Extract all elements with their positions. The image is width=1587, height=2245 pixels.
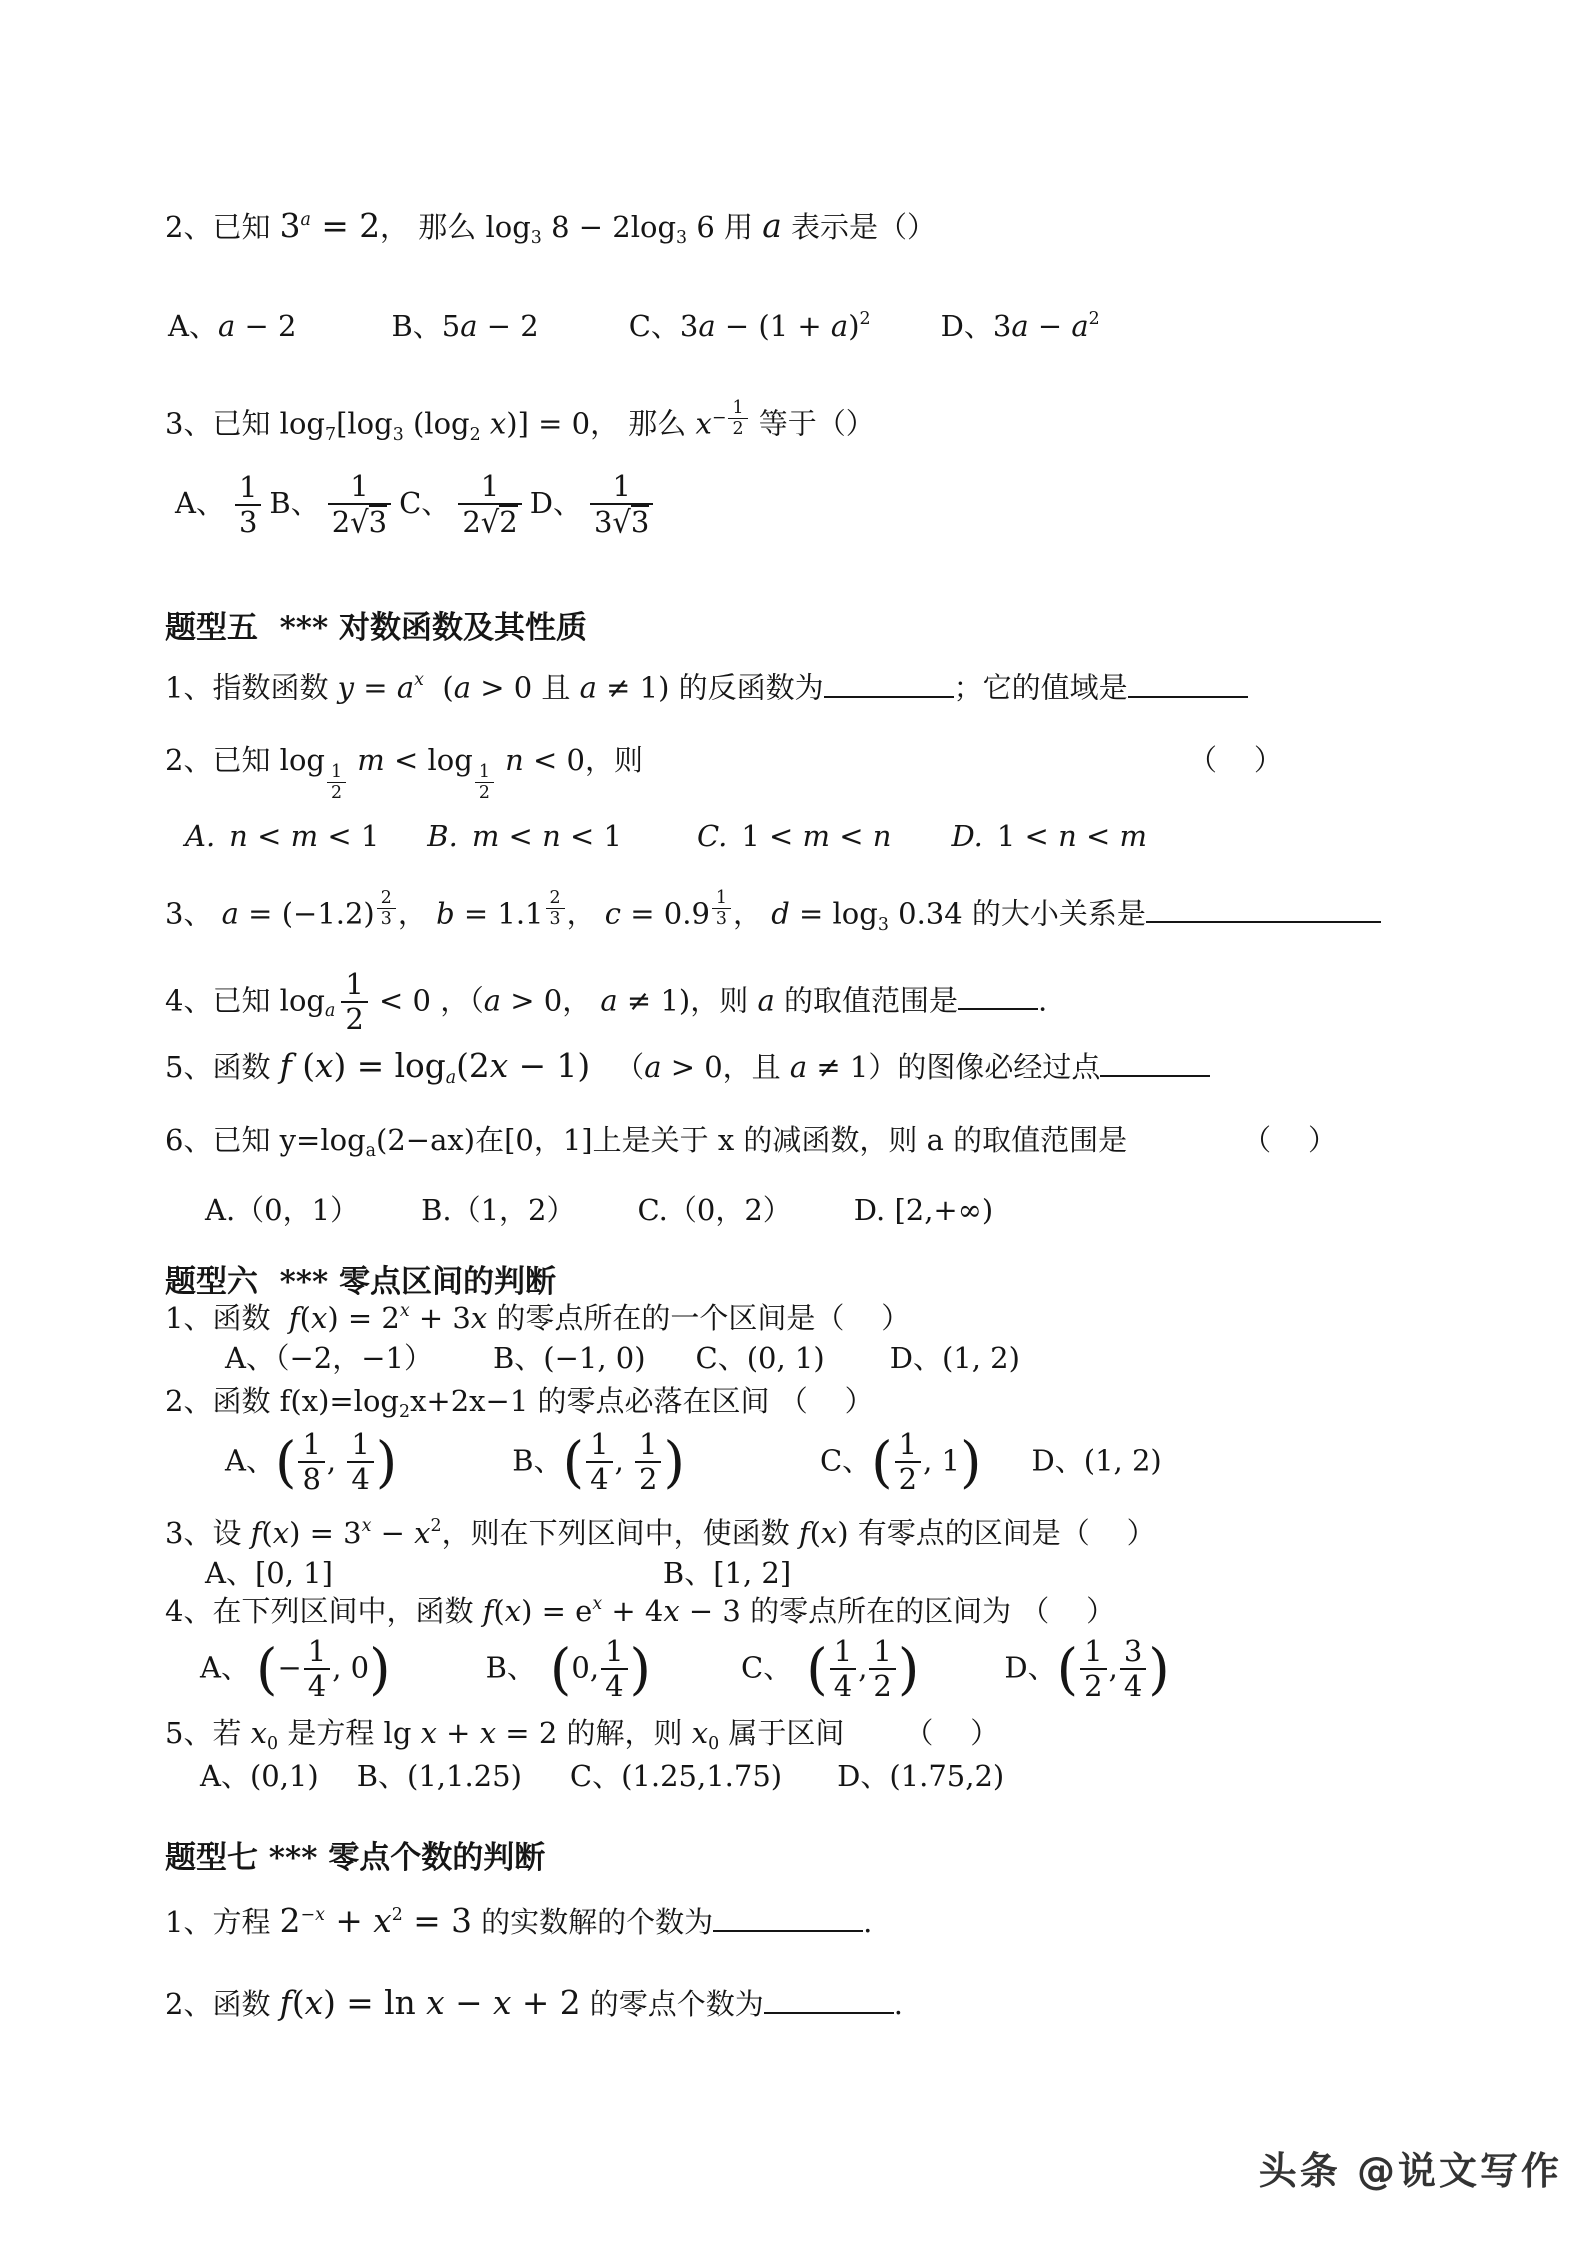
text-run: （ ） (1242, 1123, 1337, 1157)
t5-q5: 5、函数 f (x) = loga(2x − 1)（a > 0，且 a ≠ 1）… (165, 1045, 1210, 1088)
text-run: x (273, 1516, 289, 1550)
text-run: A、 (168, 309, 218, 343)
t6-q1-stem: 1、函数 f(x) = 2x + 3x 的零点所在的一个区间是（ ） (165, 1300, 910, 1338)
text-run: 1 (345, 967, 363, 1001)
text-run: < (830, 819, 873, 853)
text-run: 1 (302, 1427, 320, 1461)
text-run: 3、 (165, 896, 222, 930)
subscript: 0 (267, 1736, 278, 1753)
text-run: 等于（） (750, 406, 875, 440)
t6-q3-stem: 3、设 f(x) = 3x − x2，则在下列区间中，使函数 f(x) 有零点的… (165, 1515, 1156, 1553)
text-run: C、 (570, 1759, 621, 1793)
text-run: + (437, 1716, 480, 1750)
subscript: 0 (708, 1736, 719, 1753)
fraction: 12 (325, 762, 348, 803)
text-run: C、 (696, 1341, 747, 1375)
text-run: a (325, 1001, 335, 1021)
text-run: m (472, 819, 500, 853)
text-run: 2 (479, 783, 490, 803)
paren: ) (663, 1442, 685, 1483)
radical: √2 (481, 505, 518, 539)
text-run: 的零点必落在区间 （ ） (528, 1384, 873, 1418)
text-run: [1, 2] (713, 1556, 791, 1590)
paren: ( (563, 1442, 585, 1483)
text-run: , (327, 1443, 345, 1477)
text-run: c (605, 896, 621, 930)
text-run: + 4 (602, 1594, 663, 1628)
text-run: = 1.1 (455, 896, 544, 930)
text-run: x (421, 1716, 437, 1750)
text-run: 2、函数 (165, 1384, 280, 1418)
text-run: (0, 1) (747, 1341, 825, 1375)
text-run: (2−ax) (376, 1123, 475, 1157)
text-run: > 0 (501, 983, 562, 1017)
radical: √3 (350, 505, 387, 539)
text-run: ， 那么 (380, 210, 485, 244)
fraction: 12 (473, 762, 496, 803)
text-run: 3、已知 (165, 406, 280, 440)
t6-q5-stem: 5、若 x0 是方程 lg x + x = 2 的解，则 x0 属于区间（ ） (165, 1715, 999, 1753)
text-run: = 2 (311, 207, 380, 245)
text-run: 2 (732, 419, 743, 439)
text-run: ≠ 1) (597, 671, 679, 705)
text-run: ， (562, 983, 600, 1017)
text-run: 2 (1089, 309, 1100, 329)
text-run: b (436, 896, 455, 930)
text-run: B、 (357, 1759, 407, 1793)
text-run: 2 (860, 309, 871, 329)
text-run: , (615, 1443, 633, 1477)
text-run: , (858, 1650, 867, 1684)
text-run: (1, 2) (1084, 1443, 1162, 1477)
text-run: ；它的值域是 (954, 671, 1128, 705)
text-run: a (484, 983, 501, 1017)
text-run: 的取值范围是 (775, 983, 958, 1017)
text-run: C、 (741, 1650, 792, 1684)
text-run: x (692, 1716, 708, 1750)
text-run: x (315, 1905, 325, 1925)
answer-blank (824, 668, 954, 698)
paren: ( (871, 1442, 893, 1483)
t5-q3: 3、 a = (−1.2)23， b = 1.123， c = 0.913， d… (165, 888, 1381, 934)
text-run: − (712, 408, 727, 428)
fraction: 14 (584, 1428, 614, 1497)
t6-q4-options: A、(−14, 0)B、(0,14)C、(14,12)D、(12,34) (200, 1635, 1170, 1704)
text-run: a (366, 1141, 376, 1161)
text-run: ， (398, 896, 436, 930)
answer-blank (713, 1902, 863, 1932)
text-run: + 3 (410, 1301, 471, 1335)
text-run: 的零点个数为 (581, 1987, 764, 2021)
text-run: 1 (239, 470, 257, 504)
text-run: (1.25,1.75) (621, 1759, 782, 1793)
text-run: log (280, 406, 325, 440)
text-run: D、 (941, 309, 993, 343)
text-run: 4 (605, 1669, 623, 1703)
text-run: n (873, 819, 892, 853)
text-run: ) = log (334, 1047, 446, 1085)
fraction: 12√2 (456, 470, 523, 540)
text-run: n (229, 819, 248, 853)
text-run: log (280, 983, 325, 1017)
text-run: 表示是（） (782, 210, 936, 244)
t7-q1: 1、方程 2−x + x2 = 3 的实数解的个数为. (165, 1900, 872, 1943)
text-run: x (592, 1594, 602, 1614)
text-run: ( (300, 1301, 311, 1335)
superscript: −12 (712, 398, 750, 439)
text-run: C. (697, 819, 727, 853)
superscript: 23 (375, 888, 398, 929)
paren: ) (376, 1442, 398, 1483)
text-run: a (757, 983, 774, 1017)
text-run: − (445, 1984, 493, 2022)
text-run: , (1109, 1650, 1118, 1684)
superscript: x (592, 1596, 602, 1613)
text-run: f(x)=log (280, 1384, 399, 1418)
text-run: C、 (629, 309, 680, 343)
q3-stem: 3、已知 log7[log3 (log2 x)] = 0， 那么 x−12 等于… (165, 398, 875, 444)
text-run: < (248, 819, 291, 853)
text-run: a (218, 309, 235, 343)
text-run: 0 (708, 1734, 719, 1754)
text-run: < (499, 819, 542, 853)
text-run: ) (837, 1516, 848, 1550)
subscript: 12 (473, 762, 496, 803)
text-run: . (894, 1987, 903, 2021)
text-run: 的反函数为 (679, 671, 824, 705)
subscript: 3 (393, 427, 404, 444)
t5-q6-options: A.（0，1）B.（1，2）C.（0，2）D. [2,+∞) (205, 1192, 993, 1230)
text-run: ) (848, 309, 859, 343)
text-run: 的大小关系是 (972, 896, 1146, 930)
text-run: x (362, 1516, 372, 1536)
section-7-heading: 题型七 *** 零点个数的判断 (165, 1838, 545, 1878)
text-run: a (397, 671, 414, 705)
superscript: −x (301, 1907, 325, 1924)
text-run: D. (854, 1193, 895, 1227)
text-run: 1 (612, 469, 630, 503)
text-run: 上是关于 x 的减函数，则 a 的取值范围是 (593, 1123, 1128, 1157)
text-run: x (663, 1594, 679, 1628)
text-run: x (426, 1984, 444, 2022)
text-run: 4 (590, 1462, 608, 1496)
watermark: 头条 @说文写作 (1259, 2140, 1562, 2195)
text-run: 在 (475, 1123, 504, 1157)
text-run: 3 (393, 425, 404, 445)
paren: ( (806, 1649, 828, 1690)
text-run: 2、已知 (165, 743, 280, 777)
text-run: 6、已知 (165, 1123, 280, 1157)
text-run: a (644, 1050, 661, 1084)
text-run: ( (493, 1594, 504, 1628)
text-run: 4、已知 (165, 983, 280, 1017)
text-run: 5、若 (165, 1716, 251, 1750)
text-run: (0,1) (250, 1759, 319, 1793)
text-run: ， (567, 896, 605, 930)
q3-options: A、13B、12√3C、12√2D、13√3 (175, 470, 655, 540)
text-run: − 2 (235, 309, 296, 343)
text-run: x (414, 670, 424, 690)
text-run: a (1071, 309, 1088, 343)
text-run: ，且 (723, 1050, 790, 1084)
text-run: x (414, 1516, 430, 1550)
text-run: 1 (605, 1634, 623, 1668)
text-run: log (280, 743, 325, 777)
text-run: 的零点所在的一个区间是（ ） (487, 1301, 910, 1335)
text-run: 1 (331, 762, 342, 782)
text-run: C.（0，2） (638, 1193, 792, 1227)
text-run: < log (385, 743, 473, 777)
text-run: 3 (280, 207, 301, 245)
answer-blank (958, 981, 1038, 1011)
fraction: 13 (233, 471, 263, 540)
text-run: A. (185, 819, 215, 853)
text-run: )] = 0 (506, 406, 590, 440)
text-run: 4 (1124, 1669, 1142, 1703)
text-run: 3 (550, 909, 561, 929)
text-run: D、 (837, 1759, 889, 1793)
fraction: 12 (726, 398, 749, 439)
text-run: ) = e (521, 1594, 592, 1628)
text-run: − (277, 1650, 301, 1684)
text-run: 0.34 (889, 896, 972, 930)
subscript: a (325, 1003, 335, 1020)
text-run: 4 (351, 1462, 369, 1496)
text-run: ，则在下列区间中，使函数 (442, 1516, 799, 1550)
text-run: − (301, 1905, 316, 1925)
text-run: a (222, 896, 239, 930)
text-run: 8 − 2log (542, 210, 676, 244)
text-run: B、 (391, 309, 441, 343)
text-run: ( (292, 1984, 305, 2022)
radical: √3 (612, 505, 649, 539)
text-run: 1 (481, 469, 499, 503)
t5-q4: 4、已知 loga12 < 0 ，（a > 0， a ≠ 1)，则 a 的取值范… (165, 968, 1047, 1037)
text-run: a (454, 671, 471, 705)
text-run: A、 (225, 1443, 275, 1477)
text-run: A、 (200, 1650, 250, 1684)
text-run: x (471, 1301, 487, 1335)
text-run: log (485, 210, 530, 244)
text-run: 3 (381, 909, 392, 929)
text-run: = 0.9 (621, 896, 710, 930)
superscript: x (400, 1303, 410, 1320)
t7-q2: 2、函数 f(x) = ln x − x + 2 的零点个数为. (165, 1982, 903, 2025)
text-run: 3 (680, 309, 698, 343)
text-run: C、 (399, 486, 450, 520)
paren: ( (550, 1649, 572, 1690)
text-run: 4、在下列区间中，函数 (165, 1594, 483, 1628)
text-run: , 1 (923, 1443, 960, 1477)
text-run: a (831, 309, 848, 343)
text-run: 是方程 (278, 1716, 383, 1750)
text-run: ( (261, 1516, 272, 1550)
text-run: 2 (345, 1002, 363, 1036)
text-run: 1 (873, 1634, 891, 1668)
text-run: 1 (350, 469, 368, 503)
text-run: a (301, 210, 311, 230)
paren: ) (898, 1649, 920, 1690)
text-run: 题型七 *** 零点个数的判断 (165, 1840, 545, 1876)
superscript: 2 (431, 1518, 442, 1535)
subscript: a (446, 1070, 456, 1087)
text-run: ( (424, 671, 454, 705)
text-run: 2 (499, 505, 517, 539)
text-run: = log (790, 896, 878, 930)
text-run: 3 (676, 228, 687, 248)
text-run: 2 (462, 505, 480, 539)
fraction: 14 (828, 1635, 858, 1704)
text-run: A、 (200, 1759, 250, 1793)
text-run: < 0 (524, 743, 585, 777)
text-run: f (280, 1047, 292, 1085)
text-run: , 0 (332, 1650, 369, 1684)
text-run: 题型五 *** 对数函数及其性质 (165, 610, 587, 646)
text-run: （ ） (904, 1716, 999, 1750)
text-run: ，则 (585, 743, 643, 777)
text-run: (2 (456, 1047, 490, 1085)
t6-q3-options: A、[0, 1]B、[1, 2] (205, 1555, 791, 1593)
text-run: A、 (205, 1556, 255, 1590)
text-run: ≠ 1 (807, 1050, 868, 1084)
superscript: x (414, 672, 424, 689)
text-run: 1 (479, 762, 490, 782)
fraction: 23 (375, 888, 398, 929)
fraction: 13√3 (588, 470, 655, 540)
text-run: A.（0，1） (205, 1193, 359, 1227)
text-run: d (771, 896, 790, 930)
text-run: 1 (308, 1634, 326, 1668)
text-run: f (289, 1301, 300, 1335)
text-run: 2 (470, 425, 481, 445)
text-run: = 2 (496, 1716, 557, 1750)
fraction: 12√3 (326, 470, 393, 540)
text-run: 2 (1084, 1669, 1102, 1703)
text-run: D、 (530, 486, 582, 520)
text-run: [0，1] (504, 1123, 593, 1157)
text-run: = (−1.2) (239, 896, 375, 930)
text-run: 1 (716, 888, 727, 908)
text-run: x (311, 1301, 327, 1335)
text-run: 题型六 *** 零点区间的判断 (165, 1264, 556, 1300)
text-run: 2、函数 (165, 1987, 280, 2021)
text-run: D、 (1004, 1650, 1056, 1684)
text-run: x (821, 1516, 837, 1550)
superscript: 23 (544, 888, 567, 929)
text-run: a (580, 671, 597, 705)
text-run: y=log (280, 1123, 366, 1157)
paren: ( (256, 1649, 278, 1690)
paren: ) (1148, 1649, 1170, 1690)
text-run: f (483, 1594, 494, 1628)
text-run: 1 (834, 1634, 852, 1668)
text-run: 3 (239, 505, 257, 539)
text-run: − 3 (680, 1594, 741, 1628)
text-run: < 1 (561, 819, 622, 853)
text-run: m (348, 743, 385, 777)
text-run: B、 (493, 1341, 543, 1375)
text-run: A、（−2，−1） (225, 1341, 433, 1375)
text-run: B.（1，2） (421, 1193, 575, 1227)
text-run: [2,+∞) (894, 1193, 993, 1227)
text-run: (log (404, 406, 470, 440)
text-run: 2 (639, 1462, 657, 1496)
text-run: 2 (332, 505, 350, 539)
text-run: . (1038, 983, 1047, 1017)
text-run: a (790, 1050, 807, 1084)
text-run: ， 那么 (590, 406, 695, 440)
text-run: 1、指数函数 (165, 671, 338, 705)
text-run: (1, 2) (942, 1341, 1020, 1375)
text-run: 5、函数 (165, 1050, 280, 1084)
text-run: C、 (820, 1443, 871, 1477)
text-run: x (490, 1047, 508, 1085)
answer-blank (1146, 894, 1381, 924)
text-run: 属于区间 (719, 1716, 844, 1750)
text-run: 1 (1084, 1634, 1102, 1668)
paren: ( (275, 1442, 297, 1483)
superscript: x (362, 1518, 372, 1535)
text-run: lg (384, 1716, 421, 1750)
text-run: a (446, 1068, 456, 1088)
text-run: > 0 (471, 671, 541, 705)
worksheet-page: 2、已知 3a = 2， 那么 log3 8 − 2log3 6 用 a 表示是… (0, 0, 1587, 2245)
text-run: a (460, 309, 477, 343)
text-run: 2 (899, 1462, 917, 1496)
text-run: ( (810, 1516, 821, 1550)
q2-stem: 2、已知 3a = 2， 那么 log3 8 − 2log3 6 用 a 表示是… (165, 205, 936, 248)
text-run: + (325, 1902, 373, 1940)
text-run: 2 (550, 888, 561, 908)
subscript: 2 (470, 427, 481, 444)
text-run: m (1120, 819, 1148, 853)
text-run: (1,1.25) (407, 1759, 522, 1793)
text-run: 4 (834, 1669, 852, 1703)
superscript: 2 (1089, 311, 1100, 328)
text-run: 3 (369, 505, 387, 539)
text-run: ) = 3 (289, 1516, 362, 1550)
fraction: 23 (544, 888, 567, 929)
text-run: 2 (431, 1516, 442, 1536)
t6-q5-options: A、(0,1)B、(1,1.25)C、(1.25,1.75)D、(1.75,2) (200, 1758, 1004, 1796)
text-run: 1 (351, 1427, 369, 1461)
text-run: m (291, 819, 319, 853)
text-run: < (1077, 819, 1120, 853)
text-run: ≠ 1) (618, 983, 691, 1017)
text-run: 3 (531, 228, 542, 248)
text-run: 的解，则 (557, 1716, 691, 1750)
text-run: 6 (687, 210, 724, 244)
text-run: n (542, 819, 561, 853)
text-run: 2、已知 (165, 210, 280, 244)
text-run: < 0 (370, 983, 431, 1017)
answer-blank (1128, 668, 1248, 698)
text-run: 4 (308, 1669, 326, 1703)
text-run: 3 (594, 505, 612, 539)
text-run: 7 (325, 425, 336, 445)
text-run: 8 (302, 1462, 320, 1496)
fraction: 34 (1118, 1635, 1148, 1704)
superscript: 2 (860, 311, 871, 328)
text-run: 1、方程 (165, 1905, 280, 1939)
text-run: − (1029, 309, 1072, 343)
fraction: 14 (345, 1428, 375, 1497)
text-run: f (251, 1516, 262, 1550)
text-run: + 2 (511, 1984, 580, 2022)
text-run: 1 (590, 1427, 608, 1461)
text-run: 3、设 (165, 1516, 251, 1550)
fraction: 14 (302, 1635, 332, 1704)
